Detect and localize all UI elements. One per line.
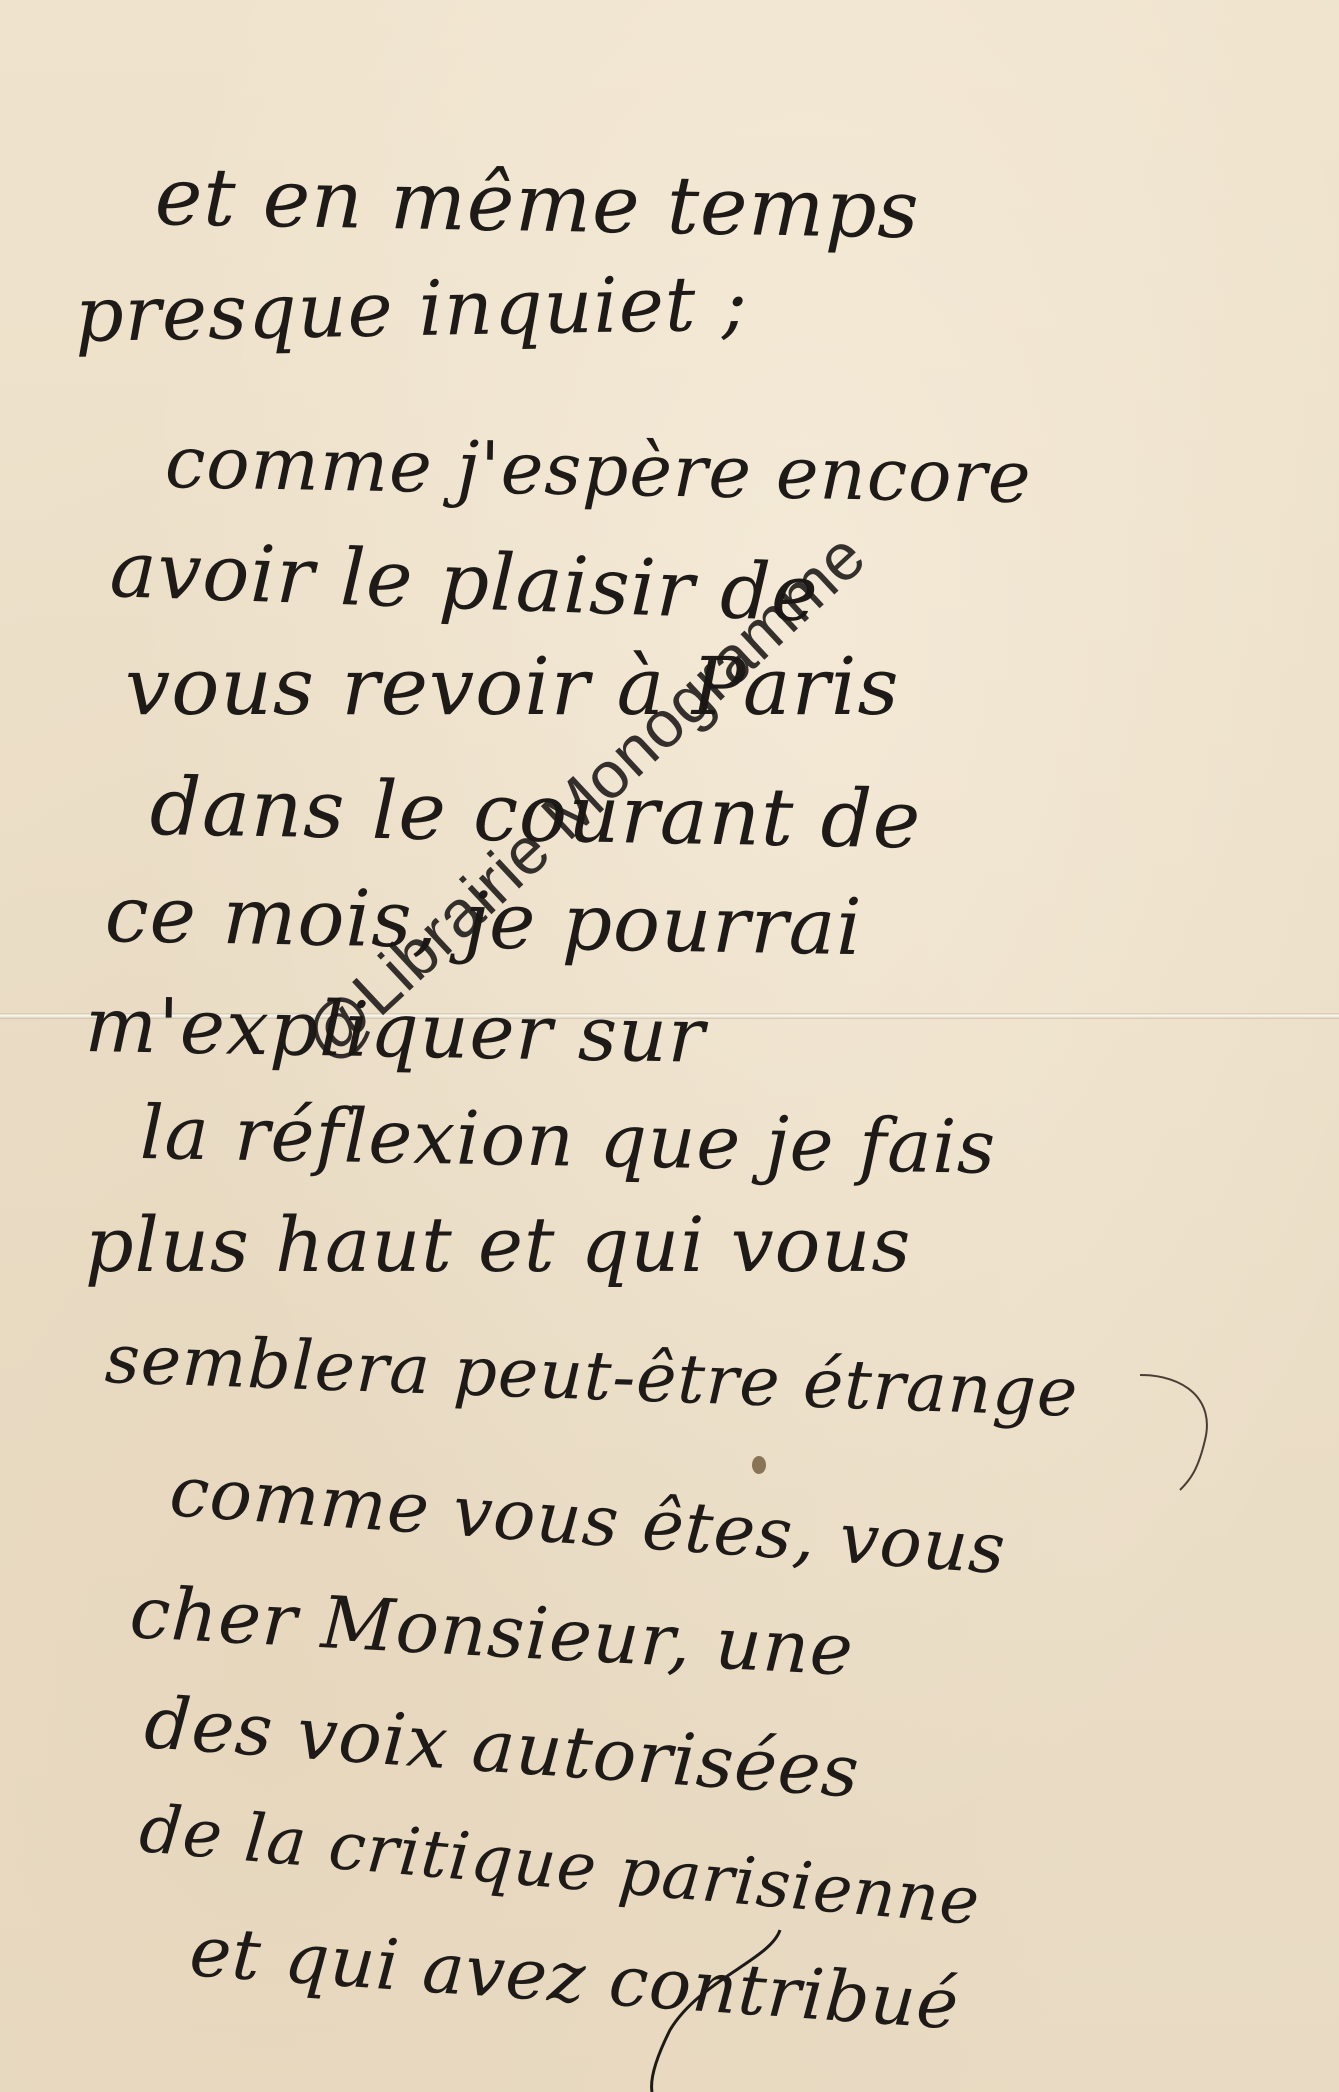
handwritten-line: des voix autorisées [142,1680,862,1814]
handwritten-text: et en même temps presque inquiet ; comme… [0,0,1339,2092]
handwritten-line: la réflexion que je fais [139,1090,997,1191]
handwritten-line: plus haut et qui vous [85,1200,911,1289]
handwritten-line: et en même temps [154,150,920,256]
handwritten-line: comme j'espère encore [164,420,1032,519]
handwritten-line: semblera peut-être étrange [104,1320,1080,1433]
handwritten-line: presque inquiet ; [74,258,749,359]
ink-spot [752,1456,766,1474]
handwritten-line: et qui avez contribué [187,1910,962,2046]
letter-page: et en même temps presque inquiet ; comme… [0,0,1339,2092]
handwritten-line: comme vous êtes, vous [167,1450,1009,1590]
handwritten-line: cher Monsieur, une [128,1570,856,1692]
